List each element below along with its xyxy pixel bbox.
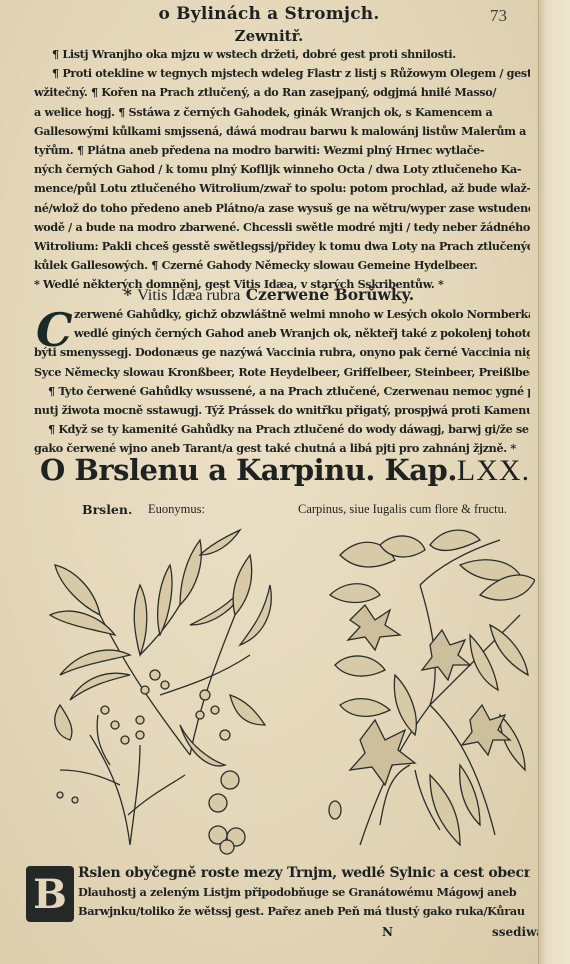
text-block-top: ¶ Listj Wranjho oka mjzu w wstech držeti… [34, 45, 530, 295]
text-line: býti smenyssegj. Dodonæus ge nazýwá Vacc… [34, 343, 530, 362]
text-line: ¶ Když se ty kamenité Gahůdky na Prach z… [34, 420, 530, 439]
text-line: ¶ Tyto čerwené Gahůdky wsussené, a na Pr… [34, 382, 530, 401]
text-line: ¶ Listj Wranjho oka mjzu w wstech držeti… [34, 45, 530, 64]
caption-latin-right: Carpinus, siue Iugalis cum flore & fruct… [298, 502, 507, 517]
text-block-bottom: Rslen obyčegně roste mezy Trnjm, wedlé S… [78, 864, 530, 921]
text-block-middle: zerwené Gahůdky, gichž obzwláštně welmi … [34, 305, 530, 459]
chapter-heading: O Brslenu a Karpinu. Kap.LXX. [40, 453, 538, 488]
caption-latin-left: Euonymus: [148, 502, 205, 517]
text-line: nutj žiwota mocně sstawugj. Týž Prássek … [34, 401, 530, 420]
text-line: a welice hogj. ¶ Sstáwa z černých Gahode… [34, 103, 530, 122]
text-line: kůlek Gallesowých. ¶ Czerné Gahody Němec… [34, 256, 530, 275]
section-latin-name: Vitis Idæa rubra [137, 287, 240, 304]
carpinus-woodcut-icon [320, 525, 535, 855]
page-number: 73 [490, 6, 507, 26]
euonymus-woodcut-icon [40, 525, 280, 855]
text-line: wodě / a bude na modro zbarwené. Chcessl… [34, 218, 530, 237]
chapter-number: LXX. [457, 454, 530, 487]
section-marker: * [124, 285, 132, 304]
text-line: wžitečný. ¶ Kořen na Prach ztlučený, a d… [34, 83, 530, 102]
decorative-initial-b: B [26, 866, 74, 922]
text-line: ¶ Proti otekline w tegnych mjstech wdele… [34, 64, 530, 83]
text-line: Dlauhostj a zeleným Listjm připodobňuge … [78, 883, 530, 902]
text-line: wedlé giných černých Gahod aneb Wranjch … [34, 324, 530, 343]
chapter-title: O Brslenu a Karpinu. [40, 453, 375, 487]
text-line: Barwjnku/toliko že wětssj gest. Pařez an… [78, 902, 530, 921]
text-line: Gallesowými kůlkami smjssená, dáwá modra… [34, 122, 530, 141]
signature-mark: N [382, 925, 393, 939]
text-line: né/wlož do toho předeno aneb Plátno/a za… [34, 199, 530, 218]
text-line: Rslen obyčegně roste mezy Trnjm, wedlé S… [78, 864, 530, 883]
section-title: * Vitis Idæa rubra Czerwené Borůwky. [0, 285, 538, 305]
chapter-label: Kap. [385, 453, 457, 487]
text-line: zerwené Gahůdky, gichž obzwláštně welmi … [34, 305, 530, 324]
page-edge [538, 0, 570, 964]
subheading: Zewnitř. [0, 27, 538, 45]
book-page: o Bylinách a Stromjch. 73 Zewnitř. ¶ Lis… [0, 0, 538, 964]
text-line: Syce Německy slowau Kronßbeer, Rote Heyd… [34, 363, 530, 382]
text-line: ných černých Gahod / k tomu plný Koflljk… [34, 160, 530, 179]
text-line: mence/půl Lotu ztlučeného Witrolium/zwař… [34, 179, 530, 198]
running-head: o Bylinách a Stromjch. [0, 4, 538, 24]
text-line: tyřům. ¶ Plátna aneb předena na modro ba… [34, 141, 530, 160]
section-czech-name: Czerwené Borůwky. [246, 285, 414, 304]
text-line: Witrolium: Pakli chceš gesstě swětlegssj… [34, 237, 530, 256]
caption-czech-left: Brslen. [82, 502, 132, 517]
